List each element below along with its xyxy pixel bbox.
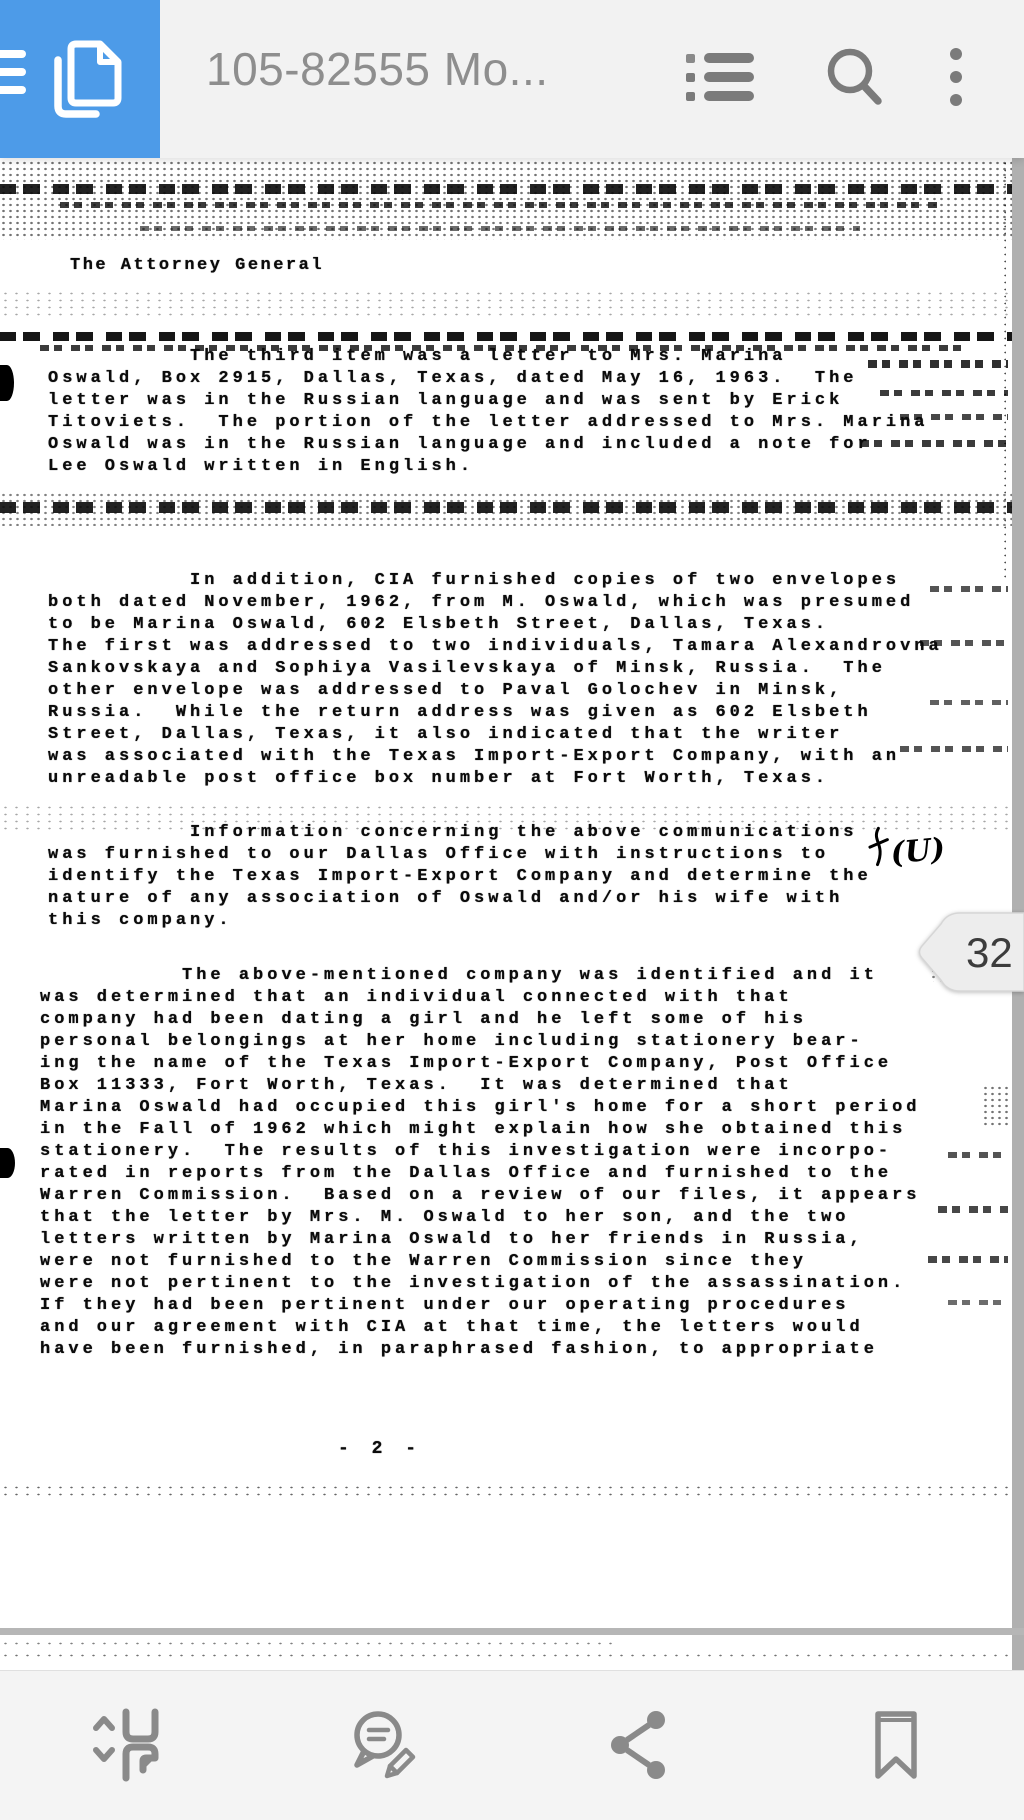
handwritten-classification-mark: (U): [866, 819, 946, 873]
pages-icon: [44, 36, 128, 120]
list-outline-icon[interactable]: [682, 40, 758, 116]
bookmark-icon[interactable]: [856, 1703, 936, 1789]
pdf-viewer-screen: 105-82555 Mo...: [0, 0, 1024, 1820]
page-number-indicator: 32: [966, 929, 1013, 976]
scroll-mode-icon[interactable]: [88, 1703, 168, 1789]
page-separator: [0, 1628, 1024, 1635]
bottom-toolbar: [0, 1670, 1024, 1820]
search-icon[interactable]: [816, 40, 892, 116]
share-icon[interactable]: [600, 1703, 680, 1789]
page-number-footer: - 2 -: [338, 1438, 422, 1460]
document-thumbnail-tile[interactable]: [0, 0, 160, 158]
document-heading: The Attorney General: [70, 255, 324, 277]
page-scroll-bubble[interactable]: 32: [918, 912, 1024, 992]
document-paragraph: The third item was a letter to Mrs. Mari…: [48, 346, 929, 478]
kebab-menu-icon[interactable]: [918, 40, 994, 116]
document-paragraph: Information concerning the above communi…: [48, 822, 872, 932]
document-paragraph: In addition, CIA furnished copies of two…: [48, 570, 943, 790]
annotate-icon[interactable]: [344, 1703, 424, 1789]
document-title: 105-82555 Mo...: [206, 42, 549, 96]
document-paragraph: The above-mentioned company was identifi…: [40, 965, 921, 1361]
top-app-bar: 105-82555 Mo...: [0, 0, 1024, 158]
handwritten-initial: [866, 824, 892, 874]
next-page-edge[interactable]: [0, 1635, 1012, 1670]
hamburger-icon[interactable]: [0, 50, 26, 108]
